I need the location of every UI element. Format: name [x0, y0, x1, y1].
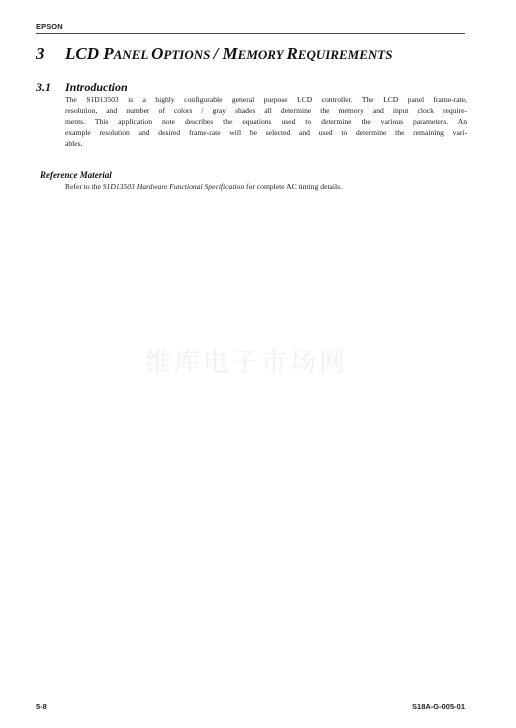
reference-heading: Reference Material — [40, 170, 112, 181]
page-number: 5-8 — [36, 702, 47, 711]
chapter-title-part: REQUIREMENTS — [286, 44, 392, 63]
paragraph-line: ables. — [65, 139, 467, 150]
section-title: Introduction — [65, 80, 128, 94]
reference-paragraph: Refer to the S1D13503 Hardware Functiona… — [65, 182, 467, 193]
document-id: S18A-G-005-01 — [412, 702, 465, 711]
chapter-title-part: OPTIONS — [151, 44, 213, 63]
chapter-title: 3LCD PANEL OPTIONS / MEMORY REQUIREMENTS — [36, 44, 392, 65]
section-number: 3.1 — [36, 80, 65, 94]
watermark: 维库电子市场网 — [145, 342, 348, 379]
paragraph-line: resolution, and number of colors / gray … — [65, 106, 467, 117]
section-heading: 3.1Introduction — [36, 80, 128, 94]
header-rule — [36, 33, 465, 34]
header-brand: EPSON — [36, 22, 465, 31]
paragraph-line: ments. This application note describes t… — [65, 117, 467, 128]
chapter-title-part: LCD — [65, 44, 103, 63]
paragraph-line: example resolution and desired frame-rat… — [65, 128, 467, 139]
paragraph-line: Refer to the S1D13503 Hardware Functiona… — [65, 182, 467, 193]
page-header: EPSON — [36, 22, 465, 34]
intro-paragraph: The S1D13503 is a highly configurable ge… — [65, 95, 467, 150]
chapter-number: 3 — [36, 44, 65, 64]
chapter-title-part: PANEL — [103, 44, 151, 63]
spec-title: S1D13503 Hardware Functional Specificati… — [103, 182, 244, 191]
chapter-title-part: / MEMORY — [214, 44, 287, 63]
paragraph-line: The S1D13503 is a highly configurable ge… — [65, 95, 467, 106]
